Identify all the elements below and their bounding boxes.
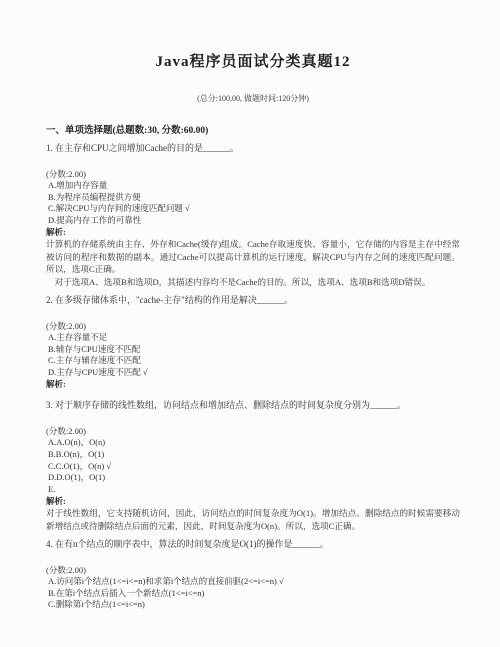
question-block-2: 2. 在多级存储体系中，"cache-主存"结构的作用是解决______。 (分… bbox=[46, 294, 460, 390]
section-heading: 一、单项选择题(总题数:30, 分数:60.00) bbox=[46, 122, 460, 136]
analysis-paragraph: 计算机的存储系统由主存、外存和Cache(缓存)组成。Cache存取速度快、容量… bbox=[46, 238, 460, 275]
score-line: (分数:2.00) bbox=[46, 425, 460, 437]
analysis-label: 解析: bbox=[46, 226, 460, 238]
analysis-label: 解析: bbox=[46, 495, 460, 507]
analysis-paragraph: 对于选项A、选项B和选项D，其描述内容均不是Cache的目的。所以，选项A、选项… bbox=[46, 276, 460, 288]
question-stem: 4. 在有n个结点的顺序表中，算法的时间复杂度是O(1)的操作是______。 bbox=[46, 538, 460, 550]
page-title: Java程序员面试分类真题12 bbox=[46, 50, 460, 71]
question-block-1: 1. 在主存和CPU之间增加Cache的目的是______。 (分数:2.00)… bbox=[46, 142, 460, 288]
question-stem: 2. 在多级存储体系中，"cache-主存"结构的作用是解决______。 bbox=[46, 294, 460, 306]
analysis-label: 解析: bbox=[46, 378, 460, 390]
analysis-paragraph: 对于线性数组，它支持随机访问，因此，访问结点的时间复杂度为O(1)。增加结点、删… bbox=[46, 507, 460, 532]
option-line: B.B.O(n)，O(1) bbox=[48, 449, 460, 461]
option-line: D.D.O(1)，O(1) bbox=[48, 472, 460, 484]
score-line: (分数:2.00) bbox=[46, 320, 460, 332]
option-line: E. bbox=[48, 484, 460, 496]
document-page: Java程序员面试分类真题12 (总分:100.00, 做题时间:120分钟) … bbox=[0, 0, 500, 647]
option-line: A.访问第i个结点(1<=i<=n)和求第i个结点的直接前驱(2<=i<=n) … bbox=[48, 576, 460, 588]
option-line: B.在第i个结点后插入一个新结点(1<=i<=n) bbox=[48, 588, 460, 600]
score-line: (分数:2.00) bbox=[46, 168, 460, 180]
option-line: C.删除第i个结点(1<=i<=n) bbox=[48, 599, 460, 611]
option-line: D.主存与CPU速度不匹配 √ bbox=[48, 367, 460, 379]
question-block-4: 4. 在有n个结点的顺序表中，算法的时间复杂度是O(1)的操作是______。 … bbox=[46, 538, 460, 611]
question-stem: 3. 对于顺序存储的线性数组，访问结点和增加结点、删除结点的时间复杂度分别为__… bbox=[46, 399, 460, 411]
option-line: C.解决CPU与内存间的速度匹配问题 √ bbox=[48, 203, 460, 215]
option-line: B.辅存与CPU速度不匹配 bbox=[48, 344, 460, 356]
option-line: C.C.O(1)，O(n) √ bbox=[48, 461, 460, 473]
question-stem: 1. 在主存和CPU之间增加Cache的目的是______。 bbox=[46, 142, 460, 154]
option-line: A.增加内存容量 bbox=[48, 180, 460, 192]
option-line: A.A.O(n)，O(n) bbox=[48, 437, 460, 449]
exam-meta: (总分:100.00, 做题时间:120分钟) bbox=[46, 93, 460, 104]
score-line: (分数:2.00) bbox=[46, 564, 460, 576]
option-line: C.主存与辅存速度不匹配 bbox=[48, 355, 460, 367]
option-line: B.为程序员编程提供方便 bbox=[48, 192, 460, 204]
option-line: A.主存容量不足 bbox=[48, 332, 460, 344]
option-line: D.提高内存工作的可靠性 bbox=[48, 215, 460, 227]
question-block-3: 3. 对于顺序存储的线性数组，访问结点和增加结点、删除结点的时间复杂度分别为__… bbox=[46, 399, 460, 532]
